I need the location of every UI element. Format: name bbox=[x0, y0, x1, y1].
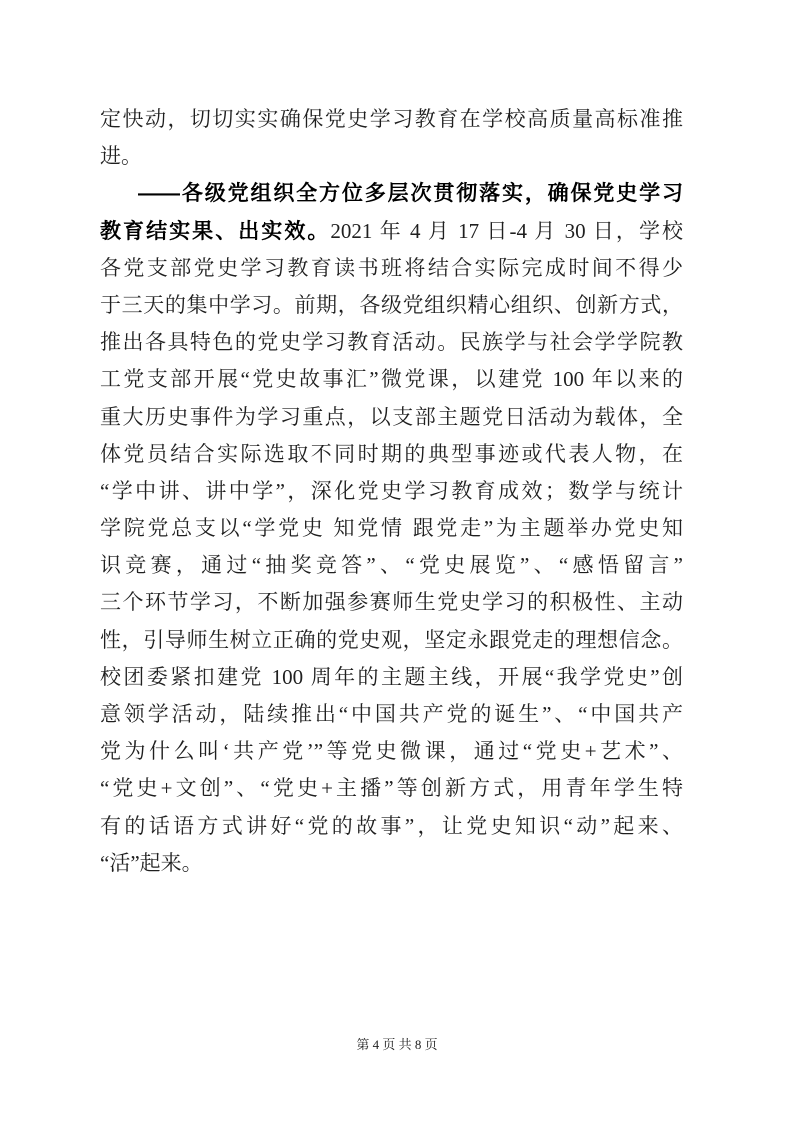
text-run: 三个环节学习，不断加强参赛师生党史学习的积极性、主动 bbox=[100, 590, 683, 614]
text-line: 定快动，切切实实确保党史学习教育在学校高质量高标准推 bbox=[100, 101, 683, 138]
text-run: 于三天的集中学习。前期，各级党组织精心组织、创新方式， bbox=[100, 293, 683, 317]
document-body: 定快动，切切实实确保党史学习教育在学校高质量高标准推进。——各级党组织全方位多层… bbox=[100, 101, 683, 882]
bold-text-run: ——各级党组织全方位多层次贯彻落实，确保党史学习 bbox=[138, 182, 683, 205]
text-run: 进。 bbox=[100, 144, 142, 168]
text-line: 于三天的集中学习。前期，各级党组织精心组织、创新方式， bbox=[100, 287, 683, 324]
text-run: “学中讲、讲中学”，深化党史学习教育成效；数学与统计 bbox=[100, 479, 683, 503]
text-line: 重大历史事件为学习重点，以支部主题党日活动为载体，全 bbox=[100, 399, 683, 436]
text-line: 各党支部党史学习教育读书班将结合实际完成时间不得少 bbox=[100, 250, 683, 287]
text-line: 工党支部开展“党史故事汇”微党课，以建党 100 年以来的 bbox=[100, 361, 683, 398]
text-line: “活”起来。 bbox=[100, 845, 683, 882]
text-line: 有的话语方式讲好“党的故事”，让党史知识“动”起来、 bbox=[100, 808, 683, 845]
text-run: 重大历史事件为学习重点，以支部主题党日活动为载体，全 bbox=[100, 405, 683, 429]
text-line: 教育结实果、出实效。2021 年 4 月 17 日-4 月 30 日，学校 bbox=[100, 213, 683, 250]
text-line: 三个环节学习，不断加强参赛师生党史学习的积极性、主动 bbox=[100, 584, 683, 621]
text-line: 性，引导师生树立正确的党史观，坚定永跟党走的理想信念。 bbox=[100, 622, 683, 659]
text-run: 各党支部党史学习教育读书班将结合实际完成时间不得少 bbox=[100, 256, 683, 280]
text-run: 有的话语方式讲好“党的故事”，让党史知识“动”起来、 bbox=[100, 814, 683, 838]
text-run: 识竞赛，通过“抽奖竞答”、“党史展览”、“感悟留言” bbox=[100, 553, 683, 577]
text-run: 定快动，切切实实确保党史学习教育在学校高质量高标准推 bbox=[100, 107, 683, 131]
text-run: 意领学活动，陆续推出“中国共产党的诞生”、“中国共产 bbox=[100, 702, 683, 726]
text-run: 性，引导师生树立正确的党史观，坚定永跟党走的理想信念。 bbox=[100, 628, 683, 652]
text-line: 党为什么叫‘共产党’”等党史微课，通过“党史+艺术”、 bbox=[100, 733, 683, 770]
text-line: “学中讲、讲中学”，深化党史学习教育成效；数学与统计 bbox=[100, 473, 683, 510]
page-footer: 第 4 页 共 8 页 bbox=[0, 1036, 794, 1054]
text-run: 工党支部开展“党史故事汇”微党课，以建党 100 年以来的 bbox=[100, 367, 683, 391]
text-line: 意领学活动，陆续推出“中国共产党的诞生”、“中国共产 bbox=[100, 696, 683, 733]
text-run: 2021 年 4 月 17 日-4 月 30 日，学校 bbox=[330, 219, 683, 243]
text-run: 党为什么叫‘共产党’”等党史微课，通过“党史+艺术”、 bbox=[100, 739, 683, 763]
text-run: “活”起来。 bbox=[100, 851, 203, 875]
text-run: 体党员结合实际选取不同时期的典型事迹或代表人物，在 bbox=[100, 442, 683, 466]
text-line: 体党员结合实际选取不同时期的典型事迹或代表人物，在 bbox=[100, 436, 683, 473]
text-line: ——各级党组织全方位多层次贯彻落实，确保党史学习 bbox=[100, 175, 683, 212]
text-line: 识竞赛，通过“抽奖竞答”、“党史展览”、“感悟留言” bbox=[100, 547, 683, 584]
text-line: 学院党总支以“学党史 知党情 跟党走”为主题举办党史知 bbox=[100, 510, 683, 547]
text-run: “党史+文创”、“党史+主播”等创新方式，用青年学生特 bbox=[100, 776, 683, 800]
text-run: 推出各具特色的党史学习教育活动。民族学与社会学学院教 bbox=[100, 330, 683, 354]
bold-text-run: 教育结实果、出实效。 bbox=[100, 220, 330, 243]
text-line: “党史+文创”、“党史+主播”等创新方式，用青年学生特 bbox=[100, 770, 683, 807]
text-run: 校团委紧扣建党 100 周年的主题主线，开展“我学党史”创 bbox=[100, 665, 683, 689]
text-line: 校团委紧扣建党 100 周年的主题主线，开展“我学党史”创 bbox=[100, 659, 683, 696]
document-page: 定快动，切切实实确保党史学习教育在学校高质量高标准推进。——各级党组织全方位多层… bbox=[0, 0, 794, 1123]
text-line: 推出各具特色的党史学习教育活动。民族学与社会学学院教 bbox=[100, 324, 683, 361]
text-run: 学院党总支以“学党史 知党情 跟党走”为主题举办党史知 bbox=[100, 516, 683, 540]
text-line: 进。 bbox=[100, 138, 683, 175]
